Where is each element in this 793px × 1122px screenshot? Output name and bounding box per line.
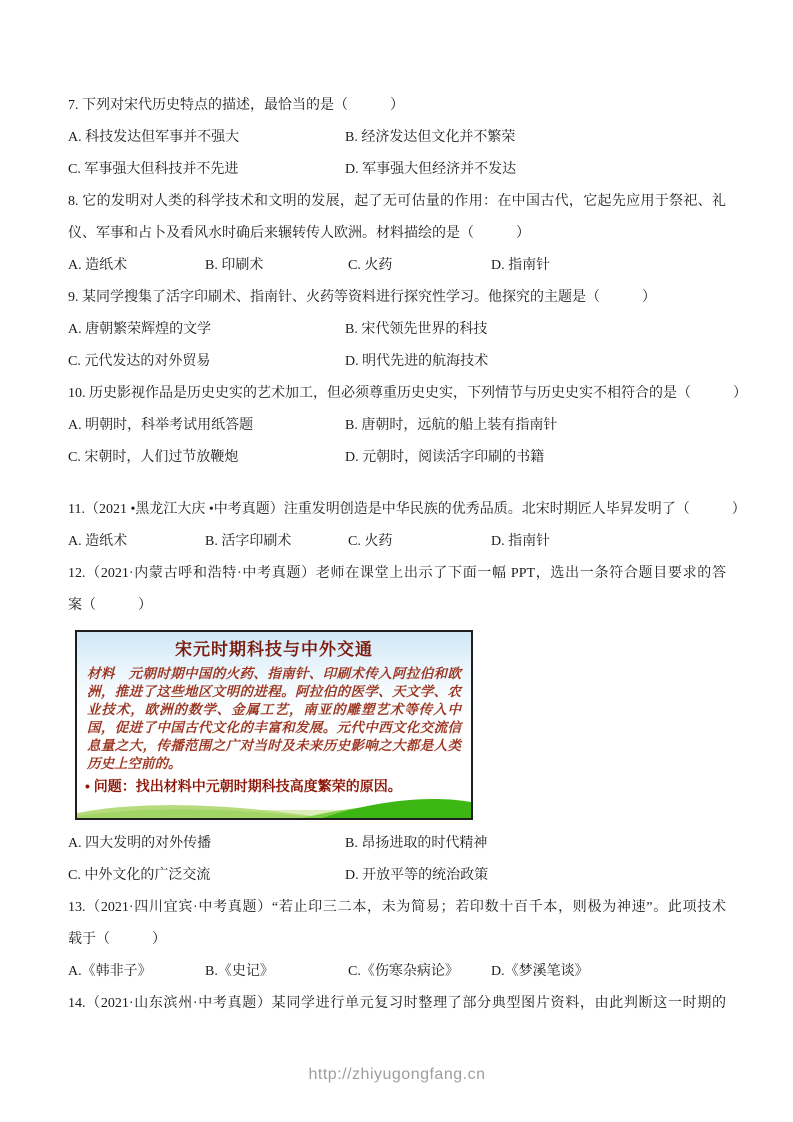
q10-stem: 10. 历史影视作品是历史史实的艺术加工，但必须尊重历史史实，下列情节与历史史实… xyxy=(68,378,726,410)
ppt-slide-figure: 宋元时期科技与中外交通 材料 元朝时期中国的火药、指南针、印刷术传入阿拉伯和欧洲… xyxy=(75,630,473,820)
exam-document: 7. 下列对宋代历史特点的描述，最恰当的是（ ） A. 科技发达但军事并不强大 … xyxy=(0,0,793,1084)
q12-options-row-2: C. 中外文化的广泛交流 D. 开放平等的统治政策 xyxy=(68,860,726,892)
q7-option-b: B. 经济发达但文化并不繁荣 xyxy=(345,122,726,154)
q10-options-row-1: A. 明朝时，科举考试用纸答题 B. 唐朝时，远航的船上装有指南针 xyxy=(68,410,726,442)
ppt-slide-question-text: • 问题：找出材料中元朝时期科技高度繁荣的原因。 xyxy=(77,773,471,796)
q8-stem-line-2: 仪、军事和占卜及看风水时确后来辗转传人欧洲。材料描绘的是（ ） xyxy=(68,218,726,250)
q7-options-row-1: A. 科技发达但军事并不强大 B. 经济发达但文化并不繁荣 xyxy=(68,122,726,154)
q9-option-b: B. 宋代领先世界的科技 xyxy=(345,314,726,346)
q11-option-c: C. 火药 xyxy=(348,526,491,558)
q11-option-d: D. 指南针 xyxy=(491,526,726,558)
q8-option-b: B. 印刷术 xyxy=(205,250,348,282)
q9-option-c: C. 元代发达的对外贸易 xyxy=(68,346,345,378)
q7-stem: 7. 下列对宋代历史特点的描述，最恰当的是（ ） xyxy=(68,90,726,122)
ppt-slide-title: 宋元时期科技与中外交通 xyxy=(77,632,471,662)
q9-stem: 9. 某同学搜集了活字印刷术、指南针、火药等资料进行探究性学习。他探究的主题是（… xyxy=(68,282,726,314)
q10-option-a: A. 明朝时，科举考试用纸答题 xyxy=(68,410,345,442)
q13-stem-line-1: 13.（2021·四川宜宾·中考真题）“若止印三二本，未为简易；若印数十百千本，… xyxy=(68,892,726,924)
q12-option-b: B. 昂扬进取的时代精神 xyxy=(345,828,726,860)
q13-options-row: A.《韩非子》 B.《史记》 C.《伤寒杂病论》 D.《梦溪笔谈》 xyxy=(68,956,726,988)
q13-option-d: D.《梦溪笔谈》 xyxy=(491,956,726,988)
footer-watermark-url: http://zhiyugongfang.cn xyxy=(68,1066,726,1084)
q7-option-c: C. 军事强大但科技并不先进 xyxy=(68,154,345,186)
q12-option-d: D. 开放平等的统治政策 xyxy=(345,860,726,892)
q11-option-a: A. 造纸术 xyxy=(68,526,205,558)
q13-stem-line-2: 载于（ ） xyxy=(68,924,726,956)
q13-option-b: B.《史记》 xyxy=(205,956,348,988)
q9-option-a: A. 唐朝繁荣辉煌的文学 xyxy=(68,314,345,346)
q13-option-c: C.《伤寒杂病论》 xyxy=(348,956,491,988)
q8-option-d: D. 指南针 xyxy=(491,250,726,282)
q7-option-d: D. 军事强大但经济并不发达 xyxy=(345,154,726,186)
q14-stem: 14.（2021·山东滨州·中考真题）某同学进行单元复习时整理了部分典型图片资料… xyxy=(68,988,726,1020)
q11-stem: 11.（2021 •黑龙江大庆 •中考真题）注重发明创造是中华民族的优秀品质。北… xyxy=(68,494,726,526)
q7-option-a: A. 科技发达但军事并不强大 xyxy=(68,122,345,154)
q9-options-row-1: A. 唐朝繁荣辉煌的文学 B. 宋代领先世界的科技 xyxy=(68,314,726,346)
q9-options-row-2: C. 元代发达的对外贸易 D. 明代先进的航海技术 xyxy=(68,346,726,378)
section-gap xyxy=(68,474,726,494)
q13-option-a: A.《韩非子》 xyxy=(68,956,205,988)
q12-option-a: A. 四大发明的对外传播 xyxy=(68,828,345,860)
q8-options-row: A. 造纸术 B. 印刷术 C. 火药 D. 指南针 xyxy=(68,250,726,282)
q12-stem-line-1: 12.（2021·内蒙古呼和浩特·中考真题）老师在课堂上出示了下面一幅 PPT，… xyxy=(68,558,726,590)
q12-stem-line-2: 案（ ） xyxy=(68,590,726,622)
q10-options-row-2: C. 宋朝时，人们过节放鞭炮 D. 元朝时，阅读活字印刷的书籍 xyxy=(68,442,726,474)
q8-stem-line-1: 8. 它的发明对人类的科学技术和文明的发展，起了无可估量的作用：在中国古代，它起… xyxy=(68,186,726,218)
exam-page: 7. 下列对宋代历史特点的描述，最恰当的是（ ） A. 科技发达但军事并不强大 … xyxy=(0,0,793,1122)
ppt-slide-body-text: 材料 元朝时期中国的火药、指南针、印刷术传入阿拉伯和欧洲，推进了这些地区文明的进… xyxy=(77,662,471,773)
q8-option-c: C. 火药 xyxy=(348,250,491,282)
q9-option-d: D. 明代先进的航海技术 xyxy=(345,346,726,378)
q8-option-a: A. 造纸术 xyxy=(68,250,205,282)
q12-options-row-1: A. 四大发明的对外传播 B. 昂扬进取的时代精神 xyxy=(68,828,726,860)
q7-options-row-2: C. 军事强大但科技并不先进 D. 军事强大但经济并不发达 xyxy=(68,154,726,186)
q10-option-d: D. 元朝时，阅读活字印刷的书籍 xyxy=(345,442,726,474)
q11-option-b: B. 活字印刷术 xyxy=(205,526,348,558)
q12-option-c: C. 中外文化的广泛交流 xyxy=(68,860,345,892)
q11-options-row: A. 造纸术 B. 活字印刷术 C. 火药 D. 指南针 xyxy=(68,526,726,558)
q10-option-c: C. 宋朝时，人们过节放鞭炮 xyxy=(68,442,345,474)
q10-option-b: B. 唐朝时，远航的船上装有指南针 xyxy=(345,410,726,442)
